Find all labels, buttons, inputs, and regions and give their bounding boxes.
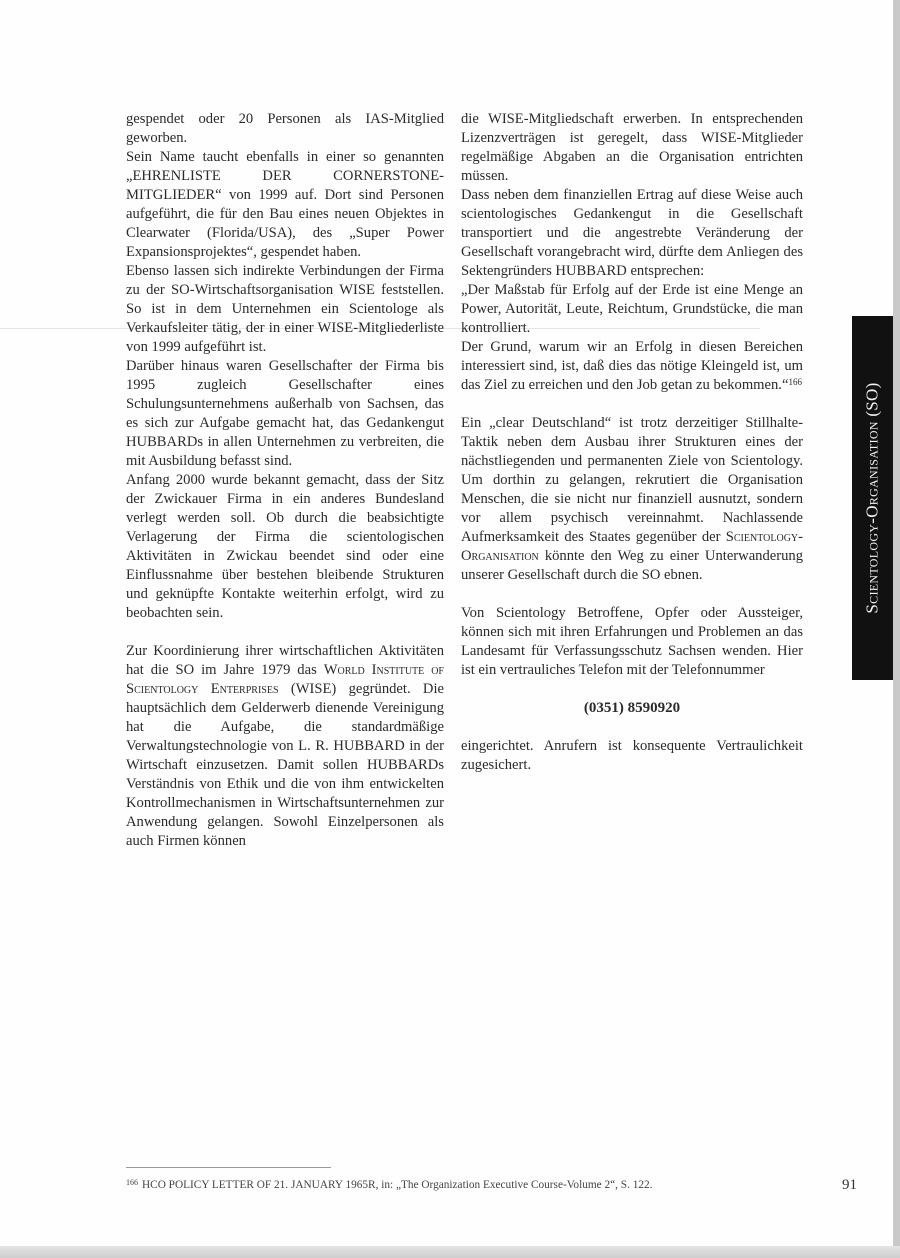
footnote-text: HCO POLICY LETTER OF 21. JANUARY 1965R, … <box>142 1179 653 1191</box>
chapter-side-tab-label: Scientology-Organisation (SO) <box>863 382 883 613</box>
paragraph-gap <box>126 623 444 642</box>
left-column: gespendet oder 20 Personen als IAS-Mitgl… <box>126 110 444 851</box>
closing-paragraph: eingerichtet. Anrufern ist konsequente V… <box>461 737 803 775</box>
quote-paragraph-end: Der Grund, warum wir an Erfolg in diesen… <box>461 338 803 395</box>
text-run: Der Grund, warum wir an Erfolg in diesen… <box>461 339 803 393</box>
paragraph-gap <box>461 585 803 604</box>
document-page: gespendet oder 20 Personen als IAS-Mitgl… <box>0 0 893 1246</box>
quote-paragraph: „Der Maßstab für Erfolg auf der Erde ist… <box>461 281 803 338</box>
scan-edge-bottom <box>0 1246 900 1258</box>
text-run: (WISE) gegründet. Die hauptsächlich dem … <box>126 681 444 849</box>
paragraph: Anfang 2000 wurde bekannt gemacht, dass … <box>126 471 444 623</box>
paragraph-gap <box>461 718 803 737</box>
paragraph-gap <box>461 395 803 414</box>
paragraph: Sein Name taucht ebenfalls in einer so g… <box>126 148 444 262</box>
paragraph: Darüber hinaus waren Gesellschafter der … <box>126 357 444 471</box>
paragraph-gap <box>461 680 803 699</box>
phone-number: (0351) 8590920 <box>461 699 803 718</box>
footnote-reference[interactable]: 166 <box>788 377 802 387</box>
paragraph: gespendet oder 20 Personen als IAS-Mitgl… <box>126 110 444 148</box>
paragraph: Dass neben dem finanziellen Ertrag auf d… <box>461 186 803 281</box>
scan-edge-right <box>893 0 900 1258</box>
contact-paragraph: Von Scientology Betroffene, Opfer oder A… <box>461 604 803 680</box>
footnote-divider <box>126 1167 331 1168</box>
wise-paragraph: Zur Koordinierung ihrer wirtschaftlichen… <box>126 642 444 851</box>
footnote: 166HCO POLICY LETTER OF 21. JANUARY 1965… <box>126 1179 653 1191</box>
chapter-side-tab: Scientology-Organisation (SO) <box>852 316 893 680</box>
right-column: die WISE-Mitgliedschaft erwerben. In ent… <box>461 110 803 775</box>
page-number: 91 <box>842 1177 857 1194</box>
footnote-number: 166 <box>126 1178 138 1187</box>
clear-paragraph: Ein „clear Deutschland“ ist trotz derzei… <box>461 414 803 585</box>
text-run: Ein „clear Deutschland“ ist trotz derzei… <box>461 415 803 545</box>
paragraph: Ebenso lassen sich indirekte Verbindunge… <box>126 262 444 357</box>
paragraph: die WISE-Mitgliedschaft erwerben. In ent… <box>461 110 803 186</box>
